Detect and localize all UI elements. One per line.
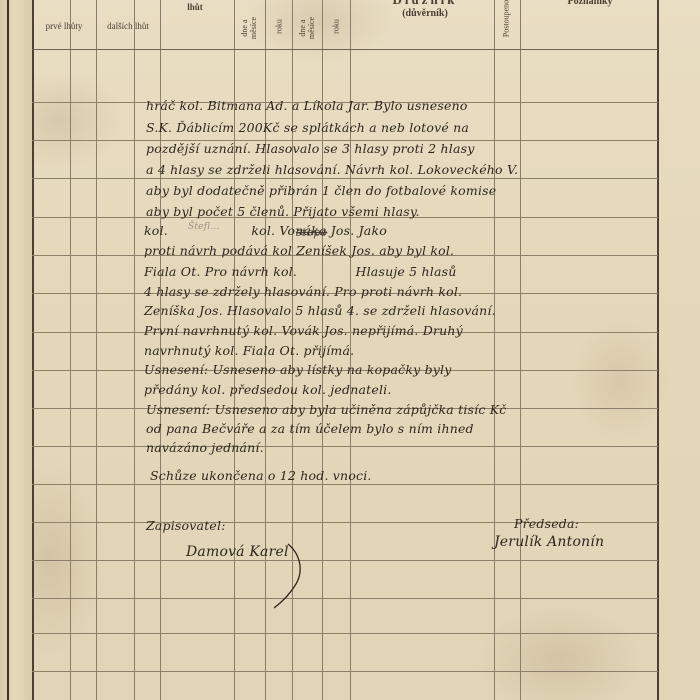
struck-out-word: stopo [296,226,327,239]
grid-hline [32,484,658,485]
header-bottom-line [32,49,658,50]
grid-hline [32,178,658,179]
recorder-label: Zapisovatel: [146,518,226,533]
header-trustee-title: Dlužník [380,0,470,8]
minutes-line: předány kol. předsedou kol. jednateli. [144,382,392,397]
frame-right-line [657,0,659,700]
signature-flourish [270,540,320,610]
header-year-1: roku [275,12,284,42]
minutes-line: od pana Bečváře a za tím účelem bylo s n… [146,421,474,436]
minutes-line: proti návrh podává kol Zeníšek Jos. aby … [144,243,454,258]
frame-left-line [32,0,34,700]
grid-vline [96,0,97,700]
minutes-line: kol. kol. Vonáka Jos. Jako [144,223,387,238]
header-day-month-2: dne a měsíce [298,10,318,46]
grid-vline [494,0,495,700]
chair-signature: Jerulík Antonín [494,534,604,550]
ledger-page: prvé lhůty dalších lhůt lhůt dne a měsíc… [0,0,700,700]
minutes-line: aby byl počet 5 členů. Přijato všemi hla… [146,204,420,219]
grid-vline [134,0,135,700]
minutes-line: Usnesení: Usneseno aby lístky na kopačky… [144,362,452,377]
grid-hline [32,446,658,447]
header-terms: lhůt [170,2,220,12]
minutes-line: aby byl dodatečně přibrán 1 člen do fotb… [146,183,496,198]
grid-hline [32,633,658,634]
minutes-line: pozdější uznání. Hlasovalo se 3 hlasy pr… [146,141,474,156]
binding-edge-line [7,0,9,700]
book-binding [0,0,32,700]
faint-pencil-note: Štefl... [188,222,220,232]
minutes-line: První navrhnutý kol. Vovák Jos. nepřijím… [144,323,463,338]
grid-vline [520,0,521,700]
chair-label: Předseda: [514,516,579,531]
grid-hline [32,598,658,599]
header-year-2: roku [332,12,341,42]
header-day-month-1: dne a měsíce [240,10,260,46]
minutes-line: Usnesení: Usneseno aby byla učiněna zápů… [146,402,506,417]
minutes-line: Fiala Ot. Pro návrh kol. Hlasuje 5 hlasů [144,264,456,279]
header-further-terms: dalších lhůt [98,21,158,31]
header-notes: Poznámky [540,0,640,7]
minutes-line: navázáno jednání. [146,440,264,455]
minutes-line: Zeníška Jos. Hlasovalo 5 hlasů 4. se zdr… [144,303,496,318]
minutes-line: navrhnutý kol. Fiala Ot. přijímá. [144,343,354,358]
minutes-closing-line: Schůze ukončena o 12 hod. vnoci. [150,468,372,483]
minutes-line: S.K. Ďáblicím 200Kč se splátkách a neb l… [146,120,469,135]
minutes-line: 4 hlasy se zdržely hlasování. Pro proti … [144,284,462,299]
minutes-line: a 4 hlasy se zdrželi hlasování. Návrh ko… [146,162,518,177]
header-trustee-sub: (důvěrník) [380,8,470,19]
header-postoupeno: Postoupeno [502,0,511,47]
minutes-line: hráč kol. Bitmana Ad. a Líkola Jar. Bylo… [146,98,468,113]
grid-vline [70,0,71,700]
grid-hline [32,560,658,561]
header-first-term: prvé lhůty [36,21,92,31]
grid-hline [32,671,658,672]
